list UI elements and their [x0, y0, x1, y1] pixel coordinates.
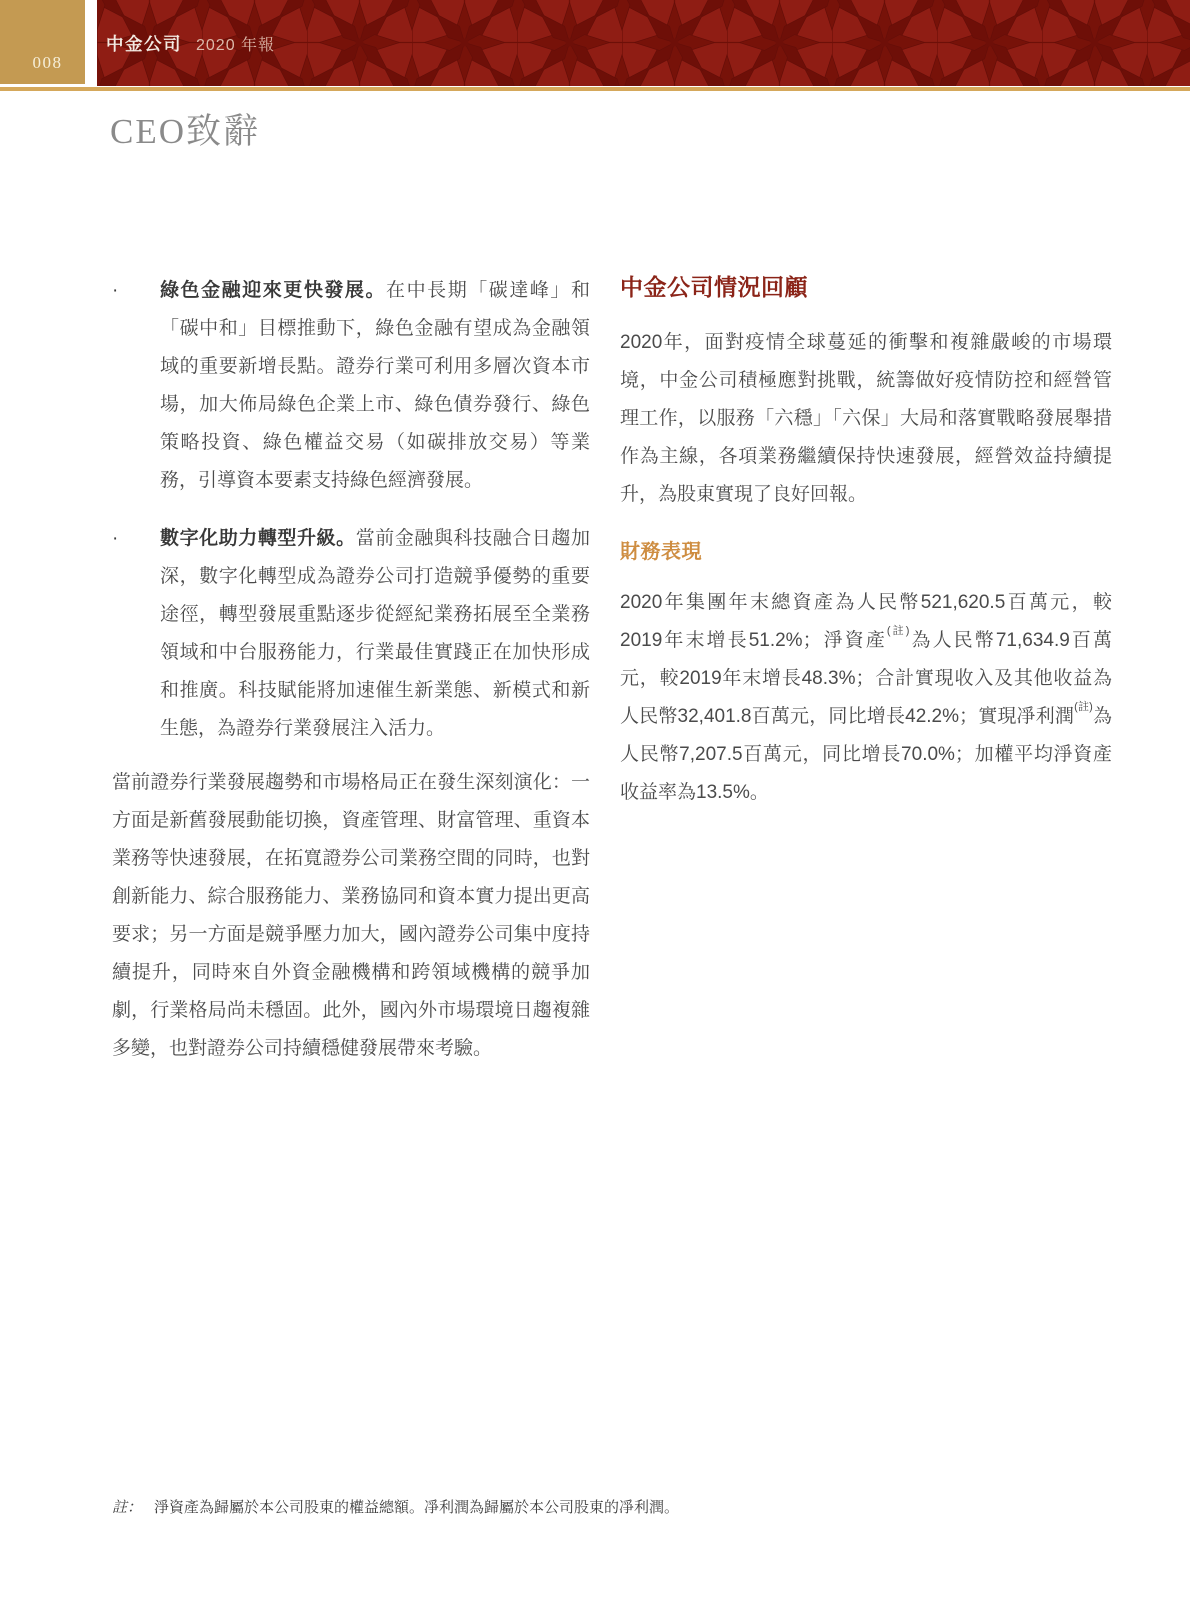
bullet-body: 綠色金融迎來更快發展。在中長期「碳達峰」和「碳中和」目標推動下，綠色金融有望成為…: [160, 272, 590, 500]
page-number: 008: [23, 53, 63, 73]
left-column: · 綠色金融迎來更快發展。在中長期「碳達峰」和「碳中和」目標推動下，綠色金融有望…: [112, 272, 590, 1068]
bullet-text: 當前金融與科技融合日趨加深，數字化轉型成為證券公司打造競爭優勢的重要途徑，轉型發…: [160, 528, 590, 739]
bullet-dot-icon: ·: [112, 272, 160, 500]
footnote-text: 淨資產為歸屬於本公司股東的權益總額。凈利潤為歸屬於本公司股東的凈利潤。: [154, 1496, 1092, 1520]
header-banner: 中金公司 2020 年報: [97, 0, 1190, 86]
review-paragraph: 2020年，面對疫情全球蔓延的衝擊和複雜嚴峻的市場環境，中金公司積極應對挑戰，統…: [620, 324, 1112, 514]
section-heading-financial: 財務表現: [620, 538, 1112, 566]
annual-report-page: 008: [0, 0, 1190, 1615]
bullet-lead: 綠色金融迎來更快發展。: [160, 280, 386, 301]
financial-paragraph: 2020年集團年末總資產為人民幣521,620.5百萬元，較2019年末增長51…: [620, 584, 1112, 812]
footnote: 註： 淨資產為歸屬於本公司股東的權益總額。凈利潤為歸屬於本公司股東的凈利潤。: [112, 1496, 1092, 1520]
bullet-lead: 數字化助力轉型升級。: [160, 528, 356, 549]
page-number-box: 008: [0, 0, 85, 84]
bullet-body: 數字化助力轉型升級。當前金融與科技融合日趨加深，數字化轉型成為證券公司打造競爭優…: [160, 520, 590, 748]
bullet-dot-icon: ·: [112, 520, 160, 748]
footnote-label: 註：: [112, 1496, 154, 1520]
section-heading-review: 中金公司情況回顧: [620, 272, 1112, 302]
report-year-label: 2020 年報: [196, 32, 275, 55]
page-title: CEO致辭: [110, 104, 260, 154]
company-name: 中金公司: [106, 31, 182, 56]
bullet-item-green-finance: · 綠色金融迎來更快發展。在中長期「碳達峰」和「碳中和」目標推動下，綠色金融有望…: [112, 272, 590, 500]
gold-divider-rule: [0, 87, 1190, 91]
industry-trend-paragraph: 當前證券行業發展趨勢和市場格局正在發生深刻演化：一方面是新舊發展動能切換，資產管…: [112, 764, 590, 1068]
bullet-item-digitalization: · 數字化助力轉型升級。當前金融與科技融合日趨加深，數字化轉型成為證券公司打造競…: [112, 520, 590, 748]
banner-text: 中金公司 2020 年報: [97, 0, 1190, 86]
right-column: 中金公司情況回顧 2020年，面對疫情全球蔓延的衝擊和複雜嚴峻的市場環境，中金公…: [620, 272, 1112, 812]
bullet-text: 在中長期「碳達峰」和「碳中和」目標推動下，綠色金融有望成為金融領域的重要新增長點…: [160, 280, 590, 491]
